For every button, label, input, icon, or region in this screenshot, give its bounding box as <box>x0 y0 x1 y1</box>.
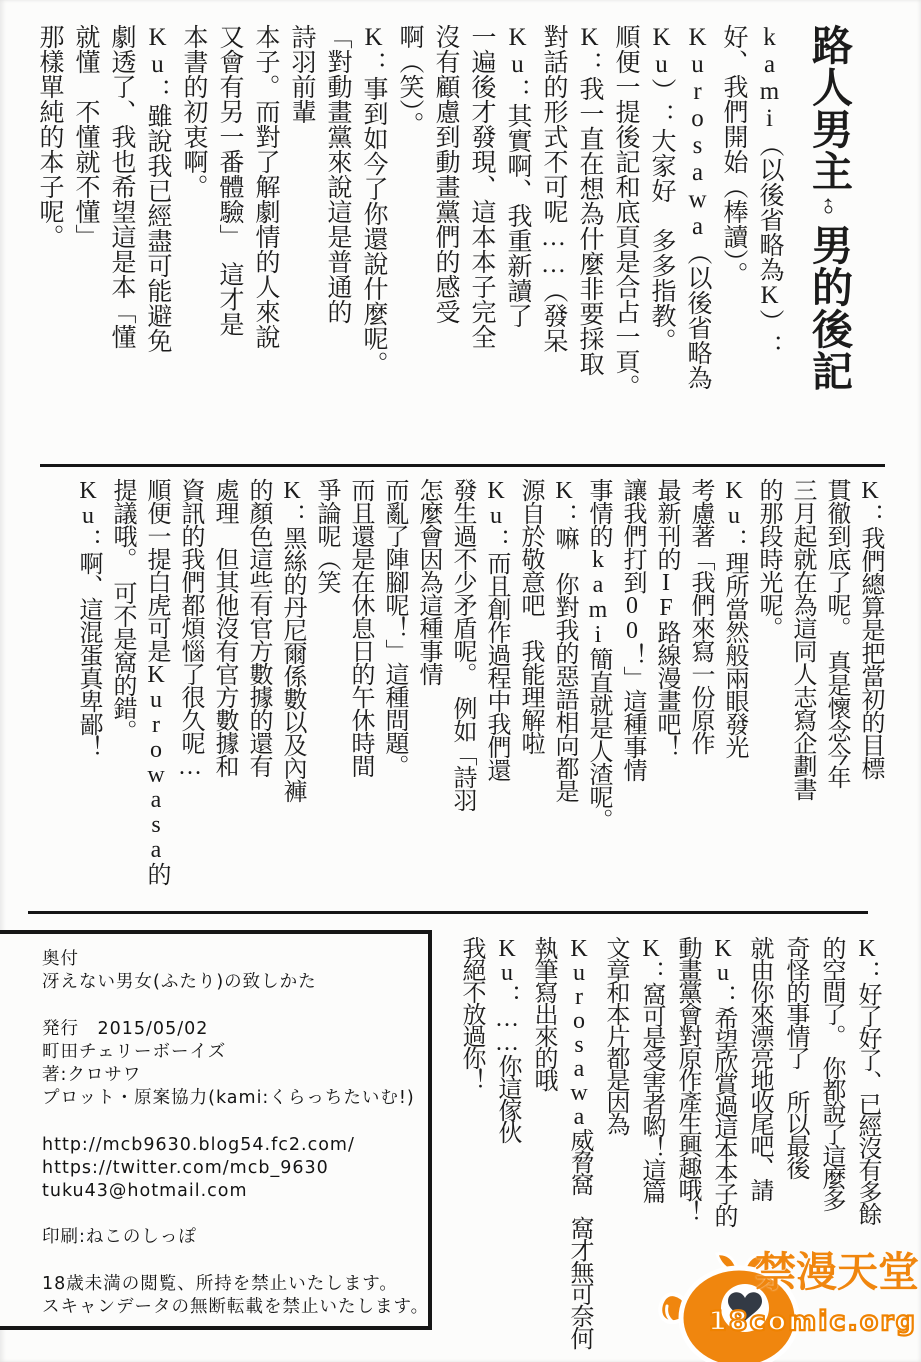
page-title: 路人男主♂男的後記 <box>801 24 857 458</box>
text-column: Ku：而且創作過程中我們還 <box>479 478 513 912</box>
text-column: 的顏色這些有官方數據的還有 <box>241 478 275 912</box>
text-column: 沒有顧慮到動畫黨們的感受 <box>427 24 463 458</box>
colophon-line: スキャンデータの無断転載を禁止いたします。 <box>42 1296 420 1319</box>
text-column: 怎麼會因為這種事情 <box>411 478 445 912</box>
colophon-lines: 奥付冴えない男女(ふたり)の致しかた発行 2015/05/02町田チェリーボーイ… <box>42 948 420 1319</box>
colophon-line <box>42 1110 420 1133</box>
text-column: 事情的kami簡直就是人渣呢。 <box>581 478 615 912</box>
colophon-line: 発行 2015/05/02 <box>42 1018 420 1041</box>
text-column: 發生過不少矛盾呢。 例如「詩羽 <box>445 478 479 912</box>
text-column: Kurosawa威脅窩 窩才無可奈何 <box>561 936 597 1362</box>
watermark-site-url: 18comic.org <box>708 1308 917 1335</box>
text-column: Kurosawa（以後省略為 <box>679 24 715 458</box>
text-column: 而且還是在休息日的午休時間 <box>343 478 377 912</box>
text-column: 一遍後才發現、這本本子完全 <box>463 24 499 458</box>
colophon-line <box>42 994 420 1017</box>
middle-columns: K：我們總算是把當初的目標貫徹到底了呢。 真是懷念今年三月起就在為這同人志寫企劃… <box>71 478 887 912</box>
text-column: 的那段時光呢。 <box>751 478 785 912</box>
text-column: K：我們總算是把當初的目標 <box>853 478 887 912</box>
text-column: 我絕不放過你！ <box>453 936 489 1362</box>
text-column: 那樣單純的本子呢。 <box>31 24 67 458</box>
text-column: Ku：其實啊、我重新讀了 <box>499 24 535 458</box>
watermark-site-name: 禁漫天堂 <box>755 1252 919 1293</box>
section-divider-top <box>40 464 885 467</box>
colophon-line: 著:クロサワ <box>42 1064 420 1087</box>
colophon-line <box>42 1250 420 1273</box>
colophon-line: 奥付 <box>42 948 420 971</box>
text-column: 「對動畫黨來說這是普通的 <box>319 24 355 458</box>
text-column: K：我一直在想為什麼非要採取 <box>571 24 607 458</box>
text-column: 本子。而對了解劇情的人來說 <box>247 24 283 458</box>
top-columns: kami（以後省略為K）：好、我們開始（棒讀）。Kurosawa（以後省略為Ku… <box>31 24 787 458</box>
text-column: 詩羽前輩 <box>283 24 319 458</box>
colophon-line: 町田チェリーボーイズ <box>42 1041 420 1064</box>
colophon-line: https://twitter.com/mcb_9630 <box>42 1157 420 1180</box>
text-column: 最新刊的IF路線漫畫吧！ <box>649 478 683 912</box>
text-column: kami（以後省略為K）： <box>751 24 787 458</box>
text-column: K：黑絲的丹尼爾係數以及內褲 <box>275 478 309 912</box>
colophon-line: http://mcb9630.blog54.fc2.com/ <box>42 1134 420 1157</box>
middle-section: K：我們總算是把當初的目標貫徹到底了呢。 真是懷念今年三月起就在為這同人志寫企劃… <box>71 478 887 912</box>
text-column: 執筆寫出來的哦 <box>525 936 561 1362</box>
colophon-box: 奥付冴えない男女(ふたり)の致しかた発行 2015/05/02町田チェリーボーイ… <box>0 930 432 1330</box>
text-column: 啊（笑）。 <box>391 24 427 458</box>
colophon-line: 冴えない男女(ふたり)の致しかた <box>42 971 420 994</box>
text-column: Ku：……你這傢伙 <box>489 936 525 1362</box>
colophon-line: プロット・原案協力(kami:くらっちたいむ!) <box>42 1087 420 1110</box>
text-column: 好、我們開始（棒讀）。 <box>715 24 751 458</box>
text-column: 本書的初衷啊。 <box>175 24 211 458</box>
text-column: 源自於敬意吧 我能理解啦 <box>513 478 547 912</box>
top-section: 路人男主♂男的後記 kami（以後省略為K）：好、我們開始（棒讀）。Kurosa… <box>31 24 857 458</box>
text-column: 貫徹到底了呢。 真是懷念今年 <box>819 478 853 912</box>
colophon-line: 18歳未満の閲覧、所持を禁止いたします。 <box>42 1273 420 1296</box>
text-column: 對話的形式不可呢……（發呆 <box>535 24 571 458</box>
title-text-lower: 男的後記 <box>806 224 852 392</box>
text-column: 讓我們打到00！」這種事情 <box>615 478 649 912</box>
text-column: 考慮著「我們來寫一份原作 <box>683 478 717 912</box>
text-column: K：事到如今了你還說什麼呢。 <box>355 24 391 458</box>
text-column: Ku：理所當然般兩眼發光 <box>717 478 751 912</box>
afterword-page: 路人男主♂男的後記 kami（以後省略為K）：好、我們開始（棒讀）。Kurosa… <box>0 0 921 1362</box>
text-column: Ku：啊、這混蛋真卑鄙！ <box>71 478 105 912</box>
text-column: K：嘛 你對我的惡語相向都是 <box>547 478 581 912</box>
text-column: 就懂 不懂就不懂」 <box>67 24 103 458</box>
section-divider-bottom <box>28 911 868 914</box>
text-column: Ku）：大家好 多多指教。 <box>643 24 679 458</box>
colophon-line: tuku43@hotmail.com <box>42 1180 420 1203</box>
text-column: 處理 但其他沒有官方數據和 <box>207 478 241 912</box>
text-column: 順便一提白虎可是Kurowasa的 <box>139 478 173 912</box>
text-column: 順便一提後記和底頁是合占一頁。 <box>607 24 643 458</box>
text-column: 而亂了陣腳呢！」這種問題。 <box>377 478 411 912</box>
text-column: 爭論呢（笑 <box>309 478 343 912</box>
text-column: Ku：雖說我已經盡可能避免 <box>139 24 175 458</box>
title-text-upper: 路人男主 <box>806 24 852 192</box>
colophon-line <box>42 1203 420 1226</box>
watermark: 禁漫天堂 18comic.org <box>599 1226 921 1362</box>
text-column: 三月起就在為這同人志寫企劃書 <box>785 478 819 912</box>
colophon-line: 印刷:ねこのしっぽ <box>42 1226 420 1249</box>
text-column: 資訊的我們都煩惱了很久呢… <box>173 478 207 912</box>
text-column: 劇透了、我也希望這是本「懂 <box>103 24 139 458</box>
text-column: 又會有另一番體驗」 這才是 <box>211 24 247 458</box>
text-column: 提議哦。 可不是窩的錯。 <box>105 478 139 912</box>
